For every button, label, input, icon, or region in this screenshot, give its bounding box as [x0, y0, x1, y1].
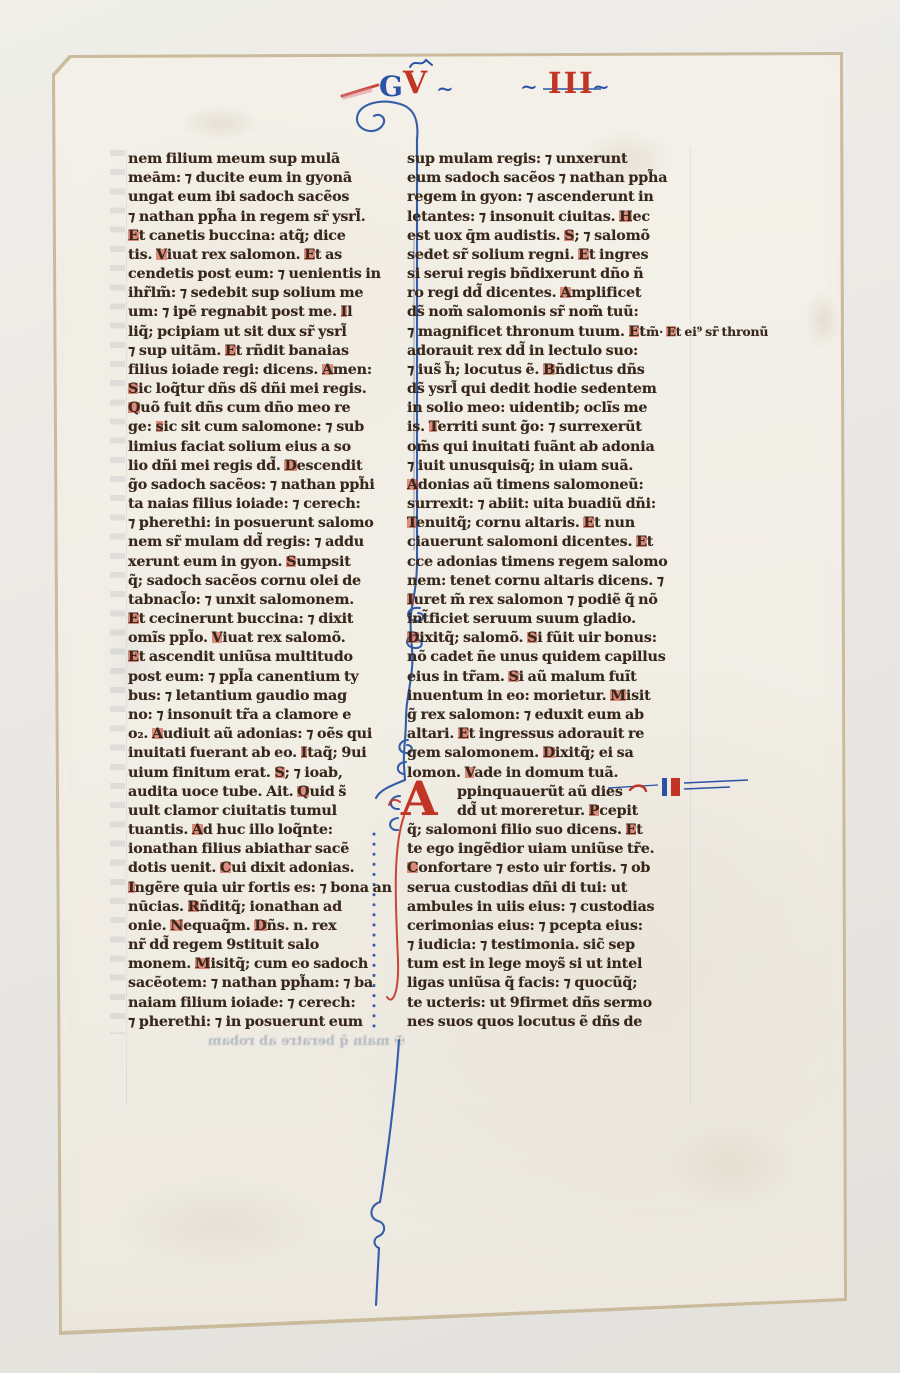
text-line: ta naias filius ioiade: ⁊ cerech:: [128, 495, 396, 514]
text-line: regem in gyon: ⁊ ascenderunt in: [407, 188, 683, 207]
text-line: ⁊ pherethi: ⁊ in posuerunt eum: [128, 1013, 396, 1032]
text-line: ⁊ ius̃ h̃; locutus ẽ. Bñdictus dñs: [407, 361, 683, 380]
text-line: q̃; salomoni filio suo dicens. Et: [407, 821, 683, 840]
red-touched-capital: C: [407, 860, 418, 876]
text-line: g̃o sadoch sacẽos: ⁊ nathan pph̃i: [128, 476, 396, 495]
text-line: ge: sic sit cum salomone: ⁊ sub: [128, 418, 396, 437]
text-line: Tenuitq̃; cornu altaris. Et nun: [407, 514, 683, 533]
red-touched-capital: E: [666, 324, 675, 339]
red-touched-capital: s: [156, 419, 164, 435]
text-line: Et ascendit uniũsa multitudo: [128, 648, 396, 667]
show-through-strip: [110, 150, 125, 1034]
text-line: ppinquauerũt aũ dies: [407, 783, 683, 802]
text-line: Dixitq̃; salomõ. Si fũit uir bonus:: [407, 629, 683, 648]
text-column-right: sup mulam regis: ⁊ unxerunteum sadoch sa…: [407, 150, 683, 1032]
text-line: ihr̃lm̃: ⁊ sedebit sup solium me: [128, 284, 396, 303]
text-line: q̃; sadoch sacẽos cornu olei de: [128, 572, 396, 591]
red-touched-capital: M: [610, 688, 626, 704]
text-line: gem salomonem. Dixitq̃; ei sa: [407, 744, 683, 763]
red-touched-capital: E: [626, 822, 637, 838]
show-through-text: ✠ main q̃ beratre ab robam: [150, 1034, 405, 1054]
text-line: omĩs ppl̃o. Viuat rex salomõ.: [128, 629, 396, 648]
text-line: Adonias aũ timens salomoneũ:: [407, 476, 683, 495]
red-touched-capital: D: [254, 918, 266, 934]
text-line: eius in tr̃am. Si aũ malum fuĩt: [407, 668, 683, 687]
text-line: nr̃ dd̃ regem 9stituit salo: [128, 936, 396, 955]
text-line: xerunt eum in gyon. Sumpsit: [128, 553, 396, 572]
text-line: sedet sr̃ solium regni. Et ingres: [407, 246, 683, 265]
text-line: cendetis post eum: ⁊ uenientis in: [128, 265, 396, 284]
red-touched-capital: E: [128, 649, 139, 665]
text-line: ⁊ iuit unusquisq̃; in uiam suã.: [407, 457, 683, 476]
text-line: nem: tenet cornu altaris dicens. ⁊: [407, 572, 683, 591]
photograph-of-manuscript-leaf: G V ∼ ∼ III ∼: [0, 0, 900, 1373]
red-touched-capital: T: [429, 419, 438, 435]
text-line: surrexit: ⁊ abiit: uita buadiũ dñi:: [407, 495, 683, 514]
red-touched-capital: Q: [128, 400, 140, 416]
text-line: o₂. Audiuit aũ adonias: ⁊ oẽs qui: [128, 725, 396, 744]
text-line: sup mulam regis: ⁊ unxerunt: [407, 150, 683, 169]
penwork-tilde: ∼: [520, 74, 538, 99]
red-touched-capital: S: [564, 228, 574, 244]
text-line: dd̃ ut moreretur. Pcepit: [407, 802, 683, 821]
text-line: Et cecinerunt buccina: ⁊ dixit: [128, 610, 396, 629]
red-touched-capital: E: [636, 534, 647, 550]
red-touched-capital: D: [543, 745, 555, 761]
text-line: si serui regis bñdixerunt dño ñ: [407, 265, 683, 284]
text-line: nes suos quos locutus ẽ dñs de: [407, 1013, 683, 1032]
red-touched-capital: P: [589, 803, 600, 819]
parchment-leaf: G V ∼ ∼ III ∼: [0, 0, 900, 1373]
red-touched-capital: E: [304, 247, 315, 263]
text-line: Sic loq̃tur dñs ds̃ dñi mei regis.: [128, 380, 396, 399]
red-touched-capital: H: [619, 209, 632, 225]
text-line: in solio meo: uidentib; oclĩs me: [407, 399, 683, 418]
text-line: inuentum in eo: morietur. Misit: [407, 687, 683, 706]
red-touched-capital: V: [465, 765, 475, 781]
text-line: tis. Viuat rex salomon. Et as: [128, 246, 396, 265]
text-line: tuantis. Ad huc illo loq̃nte:: [128, 821, 396, 840]
text-line: uium finitum erat. S; ⁊ ioab,: [128, 764, 396, 783]
text-line: ⁊ magnificet thronum tuum. Et: [407, 323, 683, 342]
text-line: bus: ⁊ letantium gaudio mag: [128, 687, 396, 706]
ruling-line: [126, 148, 127, 1105]
text-line: adorauit rex dd̃ in lectulo suo:: [407, 342, 683, 361]
red-touched-capital: E: [225, 343, 236, 359]
red-touched-capital: D: [284, 458, 296, 474]
marginal-correction: m̃· Et ei⁹ sr̃ thronũ: [646, 322, 796, 341]
red-touched-capital: R: [188, 899, 200, 915]
red-touched-capital: V: [212, 630, 223, 646]
text-line: meām: ⁊ ducite eum in gyonā: [128, 169, 396, 188]
text-line: sacẽotem: ⁊ nathan pph̃am: ⁊ ba: [128, 974, 396, 993]
ruling-line: [690, 148, 691, 1105]
text-line: g̃ rex salomon: ⁊ eduxit eum ab: [407, 706, 683, 725]
text-line: eum sadoch sacẽos ⁊ nathan pph̃a: [407, 169, 683, 188]
text-line: ⁊ sup uitām. Et rñdit banaias: [128, 342, 396, 361]
text-line: serua custodias dñi di tui: ut: [407, 879, 683, 898]
text-line: ⁊ nathan pph̃a in regem sr̃ ysrl̃.: [128, 208, 396, 227]
text-line: cce adonias timens regem salomo: [407, 553, 683, 572]
text-line: nem filium meum sup mulā: [128, 150, 396, 169]
text-line: cerimonias eius: ⁊ pcepta eius:: [407, 917, 683, 936]
text-line: lio dñi mei regis dd̃. Descendit: [128, 457, 396, 476]
red-touched-capital: V: [156, 247, 167, 263]
text-line: ⁊ iudicia: ⁊ testimonia. sic̃ sep: [407, 936, 683, 955]
red-touched-capital: S: [508, 669, 518, 685]
red-touched-capital: S: [128, 381, 138, 397]
penwork-squiggle-icon: [408, 56, 436, 71]
red-touched-capital: B: [543, 362, 555, 378]
text-line: audita uoce tube. Ait. Quid s̃: [128, 783, 396, 802]
red-touched-capital: C: [220, 860, 231, 876]
red-touched-capital: S: [275, 765, 285, 781]
text-line: est uox q̄m audistis. S; ⁊ salomõ: [407, 227, 683, 246]
red-touched-capital: A: [560, 285, 571, 301]
red-touched-capital: I: [341, 304, 348, 320]
red-touched-capital: A: [322, 362, 333, 378]
text-line: ds̃ nom̃ salomonis sr̃ nom̃ tuũ:: [407, 303, 683, 322]
red-touched-capital: Q: [297, 784, 309, 800]
text-line: ciauerunt salomoni dicentes. Et: [407, 533, 683, 552]
text-line: ds̃ ysrl̃ qui dedit hodie sedentem: [407, 380, 683, 399]
text-line: ionathan filius abiathar sacẽ: [128, 840, 396, 859]
text-line: nõ cadet ñe unus quidem capillus: [407, 648, 683, 667]
red-touched-capital: I: [407, 592, 414, 608]
stain: [120, 1180, 320, 1270]
stain: [843, 325, 854, 340]
text-line: ro regi dd̃ dicentes. Amplificet: [407, 284, 683, 303]
stain: [180, 105, 260, 141]
text-line: ungat eum ibi sadoch sacẽos: [128, 188, 396, 207]
stain: [660, 1120, 800, 1210]
text-line: te ucteris: ut 9firmet dñs sermo: [407, 994, 683, 1013]
text-line: om̃s qui inuitati fuãnt ab adonia: [407, 438, 683, 457]
text-line: naiam filium ioiade: ⁊ cerech:: [128, 994, 396, 1013]
text-line: ligas uniũsa q̃ facis: ⁊ quocũq̃;: [407, 974, 683, 993]
red-touched-capital: E: [583, 515, 594, 531]
red-touched-capital: A: [407, 477, 418, 493]
text-line: int̃ficiet seruum suum gladio.: [407, 610, 683, 629]
text-line: is. Territi sunt g̃o: ⁊ surrexerũt: [407, 418, 683, 437]
text-line: dotis uenit. Cui dixit adonias.: [128, 859, 396, 878]
text-line: post eum: ⁊ ppl̃a canentium ty: [128, 668, 396, 687]
red-touched-capital: E: [128, 611, 139, 627]
red-touched-capital: A: [152, 726, 163, 742]
text-line: onie. Nequaq̃m. Dñs. n. rex: [128, 917, 396, 936]
text-line: liq̃; pcipiam ut sit dux sr̃ ysrl̃: [128, 323, 396, 342]
red-touched-capital: D: [407, 630, 419, 646]
text-line: Quõ fuit dñs cum dño meo re: [128, 399, 396, 418]
running-title-numeral: III: [548, 66, 595, 100]
red-touched-capital: S: [527, 630, 537, 646]
red-touched-capital: E: [128, 228, 139, 244]
text-line: ambules in uiis eius: ⁊ custodias: [407, 898, 683, 917]
red-touched-capital: E: [629, 324, 640, 340]
red-touched-capital: I: [128, 880, 135, 896]
text-line: altari. Et ingressus adorauit re: [407, 725, 683, 744]
text-column-left: nem filium meum sup mulāmeām: ⁊ ducite e…: [128, 150, 396, 1032]
text-line: tum est in lege moys̃ si ut intel: [407, 955, 683, 974]
red-touched-capital: A: [192, 822, 203, 838]
text-line: Confortare ⁊ esto uir fortis. ⁊ ob: [407, 859, 683, 878]
red-touched-capital: E: [578, 247, 589, 263]
red-touched-capital: S: [286, 554, 296, 570]
red-touched-capital: E: [458, 726, 469, 742]
text-line: nem sr̃ mulam dd̃ regis: ⁊ addu: [128, 533, 396, 552]
text-line: nūcias. Rñditq̃; ionathan ad: [128, 898, 396, 917]
red-touched-capital: N: [170, 918, 183, 934]
text-line: limius faciat solium eius a so: [128, 438, 396, 457]
stain: [805, 290, 841, 350]
text-line: m̃· Et ei⁹ sr̃ thronũ: [646, 322, 796, 341]
text-line: Iuret m̃ rex salomon ⁊ podiẽ q̃ nõ: [407, 591, 683, 610]
text-line: monem. Misitq̃; cum eo sadoch: [128, 955, 396, 974]
text-line: inuitati fuerant ab eo. Itaq̃; 9ui: [128, 744, 396, 763]
text-line: te ego ingẽdior uiam uniũse tr̃e.: [407, 840, 683, 859]
text-line: Et canetis buccina: atq̃; dice: [128, 227, 396, 246]
text-line: no: ⁊ insonuit tr̃a a clamore e: [128, 706, 396, 725]
text-line: Ingẽre quia uir fortis es: ⁊ bona an: [128, 879, 396, 898]
text-line: uult clamor ciuitatis tumul: [128, 802, 396, 821]
red-touched-capital: M: [195, 956, 211, 972]
text-line: ⁊ pherethi: in posuerunt salomo: [128, 514, 396, 533]
text-line: filius ioiade regi: dicens. Amen:: [128, 361, 396, 380]
penwork-tilde: ∼: [592, 74, 610, 99]
text-line: lomon. Vade in domum tuã.: [407, 764, 683, 783]
red-touched-capital: I: [301, 745, 308, 761]
red-touched-capital: T: [407, 515, 416, 531]
text-line: tabnacl̃o: ⁊ unxit salomonem.: [128, 591, 396, 610]
text-line: letantes: ⁊ insonuit ciuitas. Hec: [407, 208, 683, 227]
text-line: um: ⁊ ipẽ regnabit post me. Il: [128, 303, 396, 322]
